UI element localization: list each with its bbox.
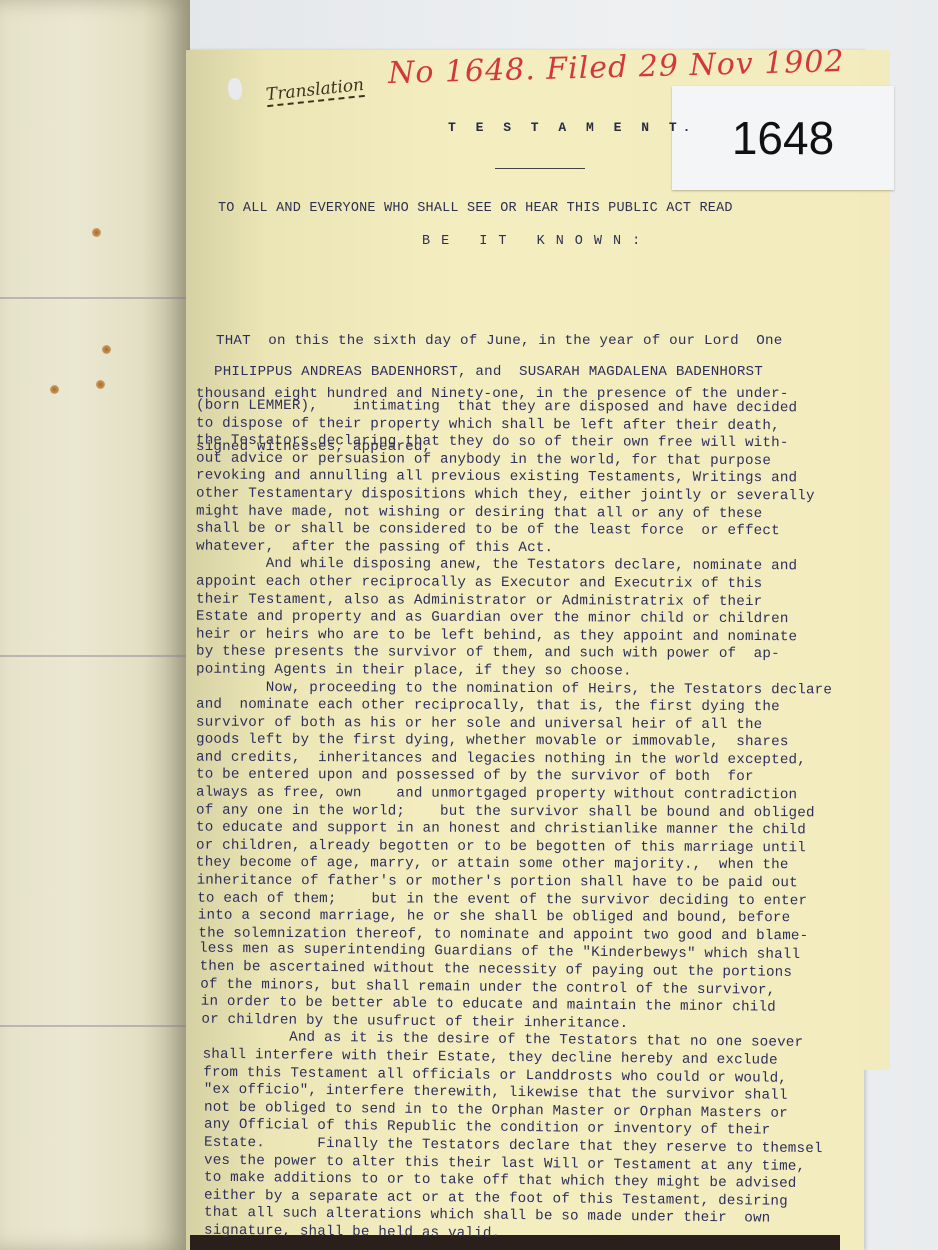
page-fold-line (0, 1025, 190, 1027)
foxing-stain (102, 345, 111, 354)
salutation: TO ALL AND EVERYONE WHO SHALL SEE OR HEA… (218, 200, 733, 218)
testament-body: (born LEMMER), intimating that they are … (196, 399, 832, 1244)
text-line: appoint each other reciprocally as Execu… (196, 574, 832, 594)
text-line: other Testamentary dispositions which th… (196, 486, 832, 506)
text-line: and nominate each other reciprocally, th… (196, 697, 832, 717)
title-underline (495, 168, 585, 169)
testators-names: PHILIPPUS ANDREAS BADENHORST, and SUSARA… (214, 364, 763, 382)
text-line: pointing Agents in their place, if they … (196, 662, 832, 682)
document-title: T E S T A M E N T. (448, 119, 696, 137)
page-fold-line (0, 655, 190, 657)
foxing-stain (50, 385, 59, 394)
left-binder-page (0, 0, 190, 1250)
punch-hole (228, 78, 242, 100)
text-line: (born LEMMER), intimating that they are … (196, 398, 832, 418)
foxing-stain (92, 228, 101, 237)
reference-label-card: 1648 (672, 86, 894, 190)
reference-number: 1648 (732, 111, 834, 165)
text-line: always as free, own and unmortgaged prop… (196, 785, 832, 805)
text-line: inheritance of father's or mother's port… (197, 873, 833, 893)
page-fold-line (0, 297, 190, 299)
document-sheet-edge (860, 50, 890, 1070)
text-line: THAT on this the sixth day of June, in t… (216, 333, 789, 351)
proclamation: BE IT KNOWN: (422, 233, 651, 251)
foxing-stain (96, 380, 105, 389)
